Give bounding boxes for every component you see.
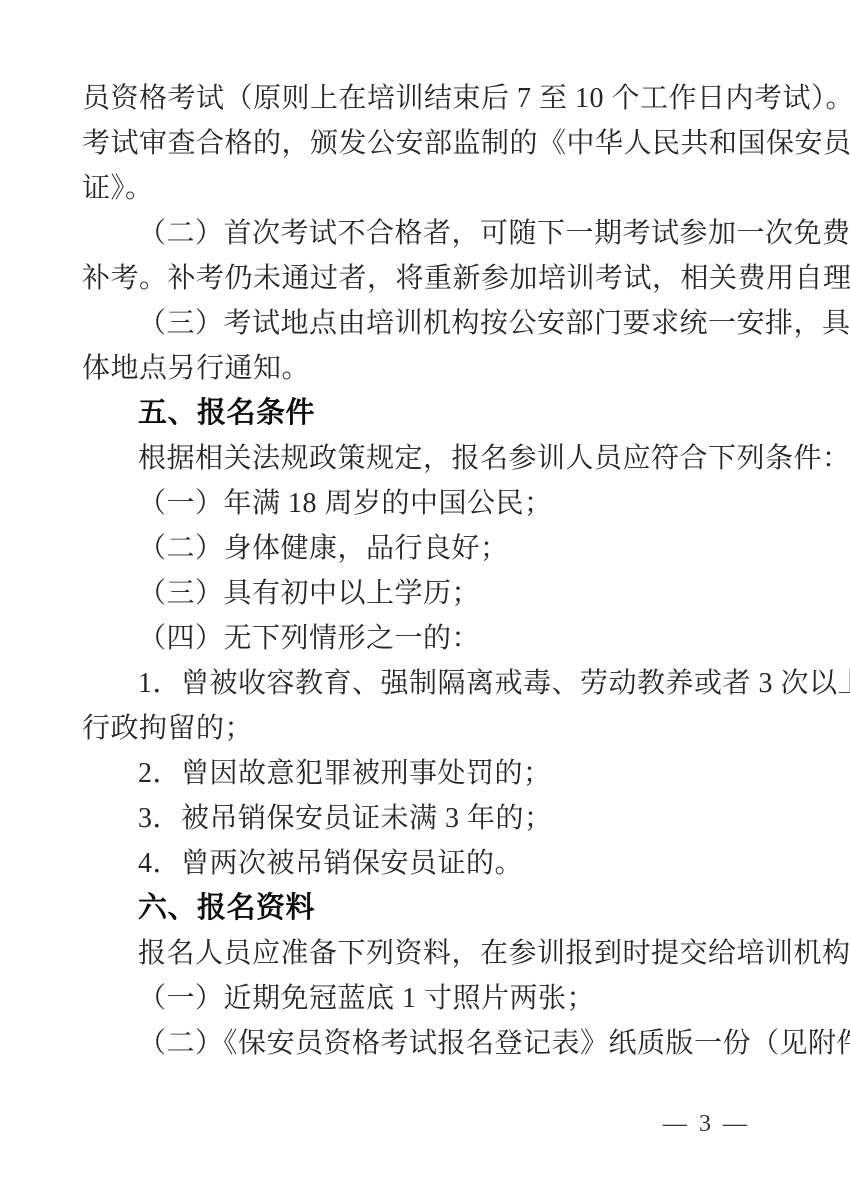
- doc-line: （四）无下列情形之一的：: [82, 616, 788, 661]
- doc-line: 证》。: [82, 166, 788, 211]
- doc-line: （三）具有初中以上学历；: [82, 571, 788, 616]
- doc-line: 员资格考试（原则上在培训结束后 7 至 10 个工作日内考试）。: [82, 76, 788, 121]
- doc-line: （二）《保安员资格考试报名登记表》纸质版一份（见附件）。: [82, 1021, 788, 1066]
- doc-line: （二）首次考试不合格者，可随下一期考试参加一次免费: [82, 211, 788, 256]
- doc-line: 行政拘留的；: [82, 706, 788, 751]
- doc-line: 3．被吊销保安员证未满 3 年的；: [82, 796, 788, 841]
- doc-line: 补考。补考仍未通过者，将重新参加培训考试，相关费用自理。: [82, 256, 788, 301]
- section-heading-six: 六、报名资料: [82, 886, 788, 931]
- doc-line: 考试审查合格的，颁发公安部监制的《中华人民共和国保安员: [82, 121, 788, 166]
- doc-line: （一）年满 18 周岁的中国公民；: [82, 481, 788, 526]
- doc-line: （二）身体健康，品行良好；: [82, 526, 788, 571]
- doc-line: 体地点另行通知。: [82, 346, 788, 391]
- document-page: 员资格考试（原则上在培训结束后 7 至 10 个工作日内考试）。 考试审查合格的…: [0, 0, 850, 1201]
- doc-line: 4．曾两次被吊销保安员证的。: [82, 841, 788, 886]
- section-heading-five: 五、报名条件: [82, 391, 788, 436]
- doc-line: 2．曾因故意犯罪被刑事处罚的；: [82, 751, 788, 796]
- doc-line: 1．曾被收容教育、强制隔离戒毒、劳动教养或者 3 次以上: [82, 661, 788, 706]
- doc-line: 根据相关法规政策规定，报名参训人员应符合下列条件：: [82, 436, 788, 481]
- doc-line: 报名人员应准备下列资料，在参训报到时提交给培训机构：: [82, 931, 788, 976]
- doc-line: （一）近期免冠蓝底 1 寸照片两张；: [82, 976, 788, 1021]
- document-body: 员资格考试（原则上在培训结束后 7 至 10 个工作日内考试）。 考试审查合格的…: [82, 76, 788, 1066]
- doc-line: （三）考试地点由培训机构按公安部门要求统一安排，具: [82, 301, 788, 346]
- page-number: — 3 —: [663, 1108, 750, 1140]
